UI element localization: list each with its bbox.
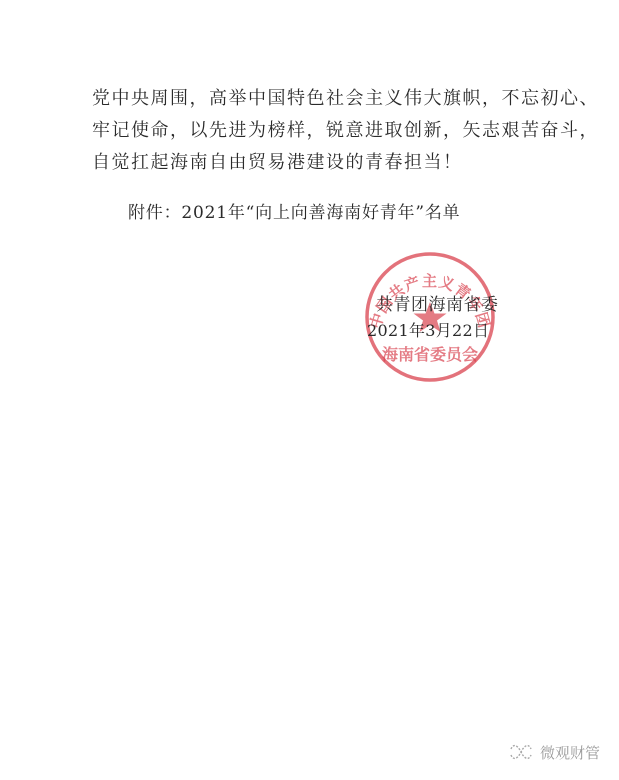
- watermark: 微观财管: [508, 742, 600, 763]
- wechat-channel-icon: [508, 743, 534, 763]
- document-date: 2021年3月22日: [367, 318, 489, 341]
- svg-text:海南省委员会: 海南省委员会: [382, 345, 478, 364]
- attachment-line: 附件：2021年“向上向善海南好青年”名单: [128, 198, 460, 223]
- watermark-label: 微观财管: [540, 742, 600, 763]
- body-line-3: 自觉扛起海南自由贸易港建设的青春担当！: [92, 148, 463, 174]
- body-line-1: 党中央周围，高举中国特色社会主义伟大旗帜，不忘初心、: [92, 84, 599, 110]
- signer-name: 共青团海南省委: [376, 290, 499, 315]
- body-line-2: 牢记使命，以先进为榜样，锐意进取创新，矢志艰苦奋斗，: [92, 116, 599, 142]
